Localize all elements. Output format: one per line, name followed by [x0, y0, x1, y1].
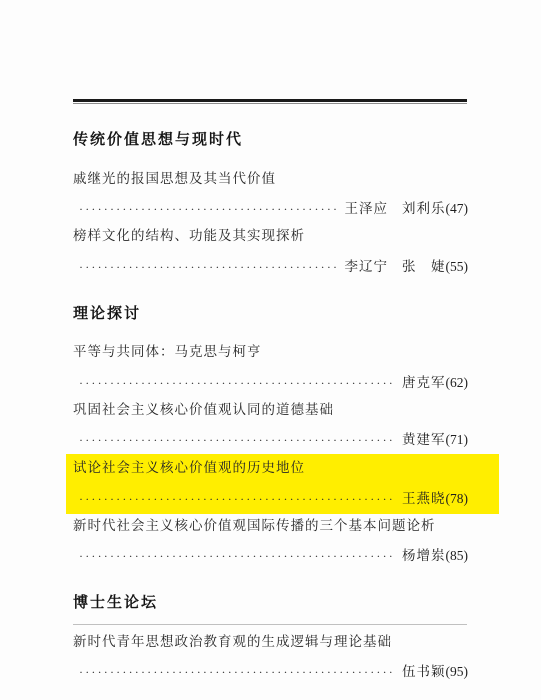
entry-title: 试论社会主义核心价值观的历史地位 — [73, 460, 468, 476]
bottom-rule — [73, 624, 467, 625]
section-heading: 理论探讨 — [73, 306, 468, 323]
entry-page-number: (95) — [446, 664, 469, 680]
entry-page-number: (71) — [446, 432, 469, 448]
entry-leader-row: ········································… — [73, 255, 468, 275]
toc-entry: 戚继光的报国思想及其当代价值 ·························… — [73, 171, 468, 218]
top-double-rule — [73, 99, 467, 104]
top-rule-thick-line — [73, 99, 467, 102]
entry-leader-row: ········································… — [73, 197, 468, 217]
dot-leader: ········································… — [79, 260, 338, 275]
entry-leader-row: ········································… — [73, 544, 468, 564]
toc-content: 传统价值思想与现时代 戚继光的报国思想及其当代价值 ··············… — [73, 112, 468, 680]
toc-entry: 巩固社会主义核心价值观认同的道德基础 ·····················… — [73, 402, 468, 449]
top-rule-thin-line — [73, 103, 467, 104]
author-name: 李辽宁 — [345, 255, 389, 275]
journal-toc-page: 传统价值思想与现时代 戚继光的报国思想及其当代价值 ··············… — [0, 0, 541, 700]
section-heading: 博士生论坛 — [73, 595, 468, 612]
author-name: 张 婕 — [402, 255, 446, 275]
entry-authors: 唐克军 — [402, 371, 446, 391]
entry-title: 新时代社会主义核心价值观国际传播的三个基本问题论析 — [73, 518, 468, 534]
author-name: 杨增岽 — [402, 544, 446, 564]
toc-section: 传统价值思想与现时代 戚继光的报国思想及其当代价值 ··············… — [73, 132, 468, 275]
author-name: 王泽应 — [345, 197, 389, 217]
entry-leader-row: ········································… — [73, 487, 468, 507]
entry-leader-row: ········································… — [73, 371, 468, 391]
entry-page-number: (47) — [446, 201, 469, 217]
entry-leader-row: ········································… — [73, 660, 468, 680]
author-name: 王燕晓 — [402, 487, 446, 507]
dot-leader: ········································… — [79, 433, 395, 448]
toc-entry: 新时代青年思想政治教育观的生成逻辑与理论基础 ·················… — [73, 634, 468, 681]
entry-authors: 王燕晓 — [402, 487, 446, 507]
entry-authors: 黄建军 — [402, 428, 446, 448]
dot-leader: ········································… — [79, 376, 395, 391]
dot-leader: ········································… — [79, 492, 395, 507]
entry-title: 巩固社会主义核心价值观认同的道德基础 — [73, 402, 468, 418]
entry-title: 榜样文化的结构、功能及其实现探析 — [73, 228, 468, 244]
dot-leader: ········································… — [79, 549, 395, 564]
entry-title: 戚继光的报国思想及其当代价值 — [73, 171, 468, 187]
toc-section: 博士生论坛 新时代青年思想政治教育观的生成逻辑与理论基础 ···········… — [73, 595, 468, 680]
toc-entry: 新时代社会主义核心价值观国际传播的三个基本问题论析 ··············… — [73, 518, 468, 565]
entry-authors: 伍书颖 — [402, 660, 446, 680]
entry-leader-row: ········································… — [73, 428, 468, 448]
toc-entry: 榜样文化的结构、功能及其实现探析 ·······················… — [73, 228, 468, 275]
entry-authors: 李辽宁张 婕 — [345, 255, 446, 275]
dot-leader: ········································… — [79, 665, 395, 680]
entry-authors: 王泽应刘利乐 — [345, 197, 446, 217]
dot-leader: ········································… — [79, 202, 338, 217]
entry-page-number: (55) — [446, 259, 469, 275]
section-heading: 传统价值思想与现时代 — [73, 132, 468, 149]
entry-authors: 杨增岽 — [402, 544, 446, 564]
toc-entry-highlighted: 试论社会主义核心价值观的历史地位 ·······················… — [66, 454, 499, 514]
entry-title: 新时代青年思想政治教育观的生成逻辑与理论基础 — [73, 634, 468, 650]
author-name: 刘利乐 — [402, 197, 446, 217]
entry-page-number: (85) — [446, 548, 469, 564]
toc-entry: 平等与共同体：马克思与柯亨 ··························… — [73, 344, 468, 391]
entry-page-number: (62) — [446, 375, 469, 391]
author-name: 伍书颖 — [402, 660, 446, 680]
toc-section: 理论探讨 平等与共同体：马克思与柯亨 ·····················… — [73, 306, 468, 565]
entry-page-number: (78) — [446, 491, 469, 507]
author-name: 唐克军 — [402, 371, 446, 391]
author-name: 黄建军 — [402, 428, 446, 448]
entry-title: 平等与共同体：马克思与柯亨 — [73, 344, 468, 360]
